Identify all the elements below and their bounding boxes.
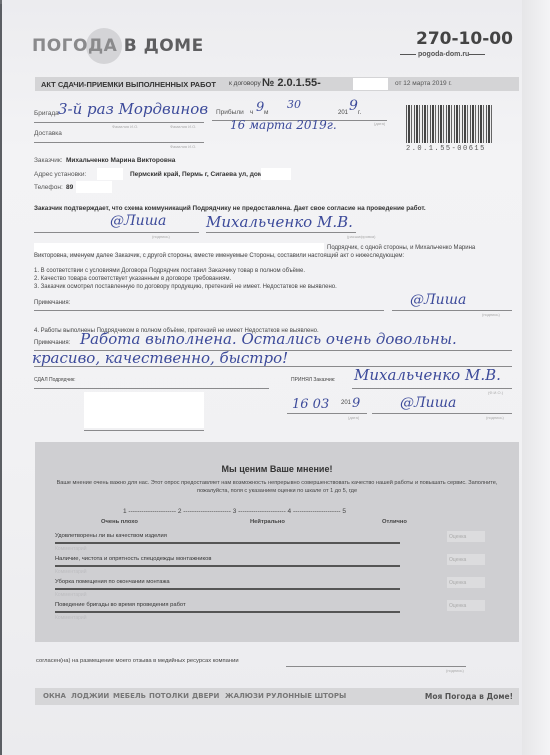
fio-hint: Фамилия И.О. bbox=[112, 124, 138, 129]
footer-link-ceilings[interactable]: ПОТОЛКИ bbox=[149, 692, 189, 700]
brigade-label: Бригада bbox=[34, 110, 59, 117]
notes-line bbox=[34, 310, 384, 311]
consent-signature-line bbox=[286, 666, 466, 667]
date-hint: (дата) bbox=[348, 415, 359, 420]
survey-title: Мы ценим Ваше мнение! bbox=[35, 464, 519, 474]
document-page: ПОГОДА В ДОМЕ 270-10-00 pogoda-dom.ru АК… bbox=[2, 0, 522, 755]
survey-question-2: Наличие, чистота и опрятность спецодежды… bbox=[55, 556, 211, 562]
survey-intro: Ваше мнение очень важно для нас. Этот оп… bbox=[55, 479, 499, 495]
fio-hint: Фамилия И.О. bbox=[170, 144, 196, 149]
barcode-number: 2.0.1.55-00615 bbox=[406, 145, 486, 153]
customer-signature: @Лиша bbox=[400, 395, 456, 411]
footer-link-roller-blinds[interactable]: РУЛОННЫЕ ШТОРЫ bbox=[266, 692, 346, 700]
signature-hint: (подпись) bbox=[486, 415, 504, 420]
consent-text: Заказчик подтверждает, что схема коммуни… bbox=[34, 205, 426, 212]
footer-link-doors[interactable]: ДВЕРИ bbox=[192, 692, 219, 700]
company-logo: ПОГОДА В ДОМЕ bbox=[32, 36, 204, 56]
contract-label: к договору bbox=[229, 80, 261, 87]
phone-label: Телефон: bbox=[34, 184, 63, 191]
signature-line bbox=[372, 413, 512, 414]
accepted-line bbox=[352, 388, 512, 389]
signature-hint: (подпись) bbox=[152, 234, 170, 239]
customer-name-handwritten: Михальченко М.В. bbox=[206, 213, 353, 231]
delivery-label: Доставка bbox=[34, 130, 62, 137]
company-phone: 270-10-00 bbox=[416, 29, 513, 49]
redacted-field bbox=[97, 168, 123, 180]
scale-mid-label: Нейтрально bbox=[250, 519, 285, 525]
redacted-field bbox=[261, 168, 291, 180]
name-line bbox=[206, 232, 356, 233]
footer-link-furniture[interactable]: МЕБЕЛЬ bbox=[113, 692, 146, 700]
contract-date: от 12 марта 2019 г. bbox=[395, 80, 452, 87]
act-item-2: 2. Качество товара соответствует указанн… bbox=[34, 276, 231, 282]
delivery-line bbox=[34, 142, 204, 143]
accepted-label: ПРИНЯЛ Заказчик: bbox=[291, 377, 335, 383]
rating-field-2[interactable]: Оценка bbox=[447, 554, 485, 565]
name-hint: (расшифровка) bbox=[347, 234, 375, 239]
customer-name: Михальченко Марина Викторовна bbox=[66, 157, 175, 164]
accepted-date: 16 03 bbox=[292, 397, 329, 412]
answer-line bbox=[55, 611, 400, 613]
phone-value: 89 bbox=[66, 184, 73, 191]
address-value: Пермский край, Пермь г, Сигаева ул, дом bbox=[130, 171, 263, 178]
fio-hint: (Ф.И.О.) bbox=[488, 390, 503, 395]
date-hint: (дата) bbox=[374, 121, 385, 126]
minute-prefix: м bbox=[264, 109, 268, 116]
redacted-field bbox=[84, 392, 204, 428]
publication-consent: согласен(на) на размещение моего отзыва … bbox=[36, 658, 239, 664]
answer-line bbox=[55, 565, 400, 567]
feedback-survey: Мы ценим Ваше мнение! Ваше мнение очень … bbox=[35, 442, 519, 642]
survey-question-4: Поведение бригады во время проведения ра… bbox=[55, 602, 186, 608]
customer-label: Заказчик: bbox=[34, 157, 63, 164]
redacted-field bbox=[353, 78, 388, 90]
act-title: АКТ СДАЧИ-ПРИЕМКИ ВЫПОЛНЕННЫХ РАБОТ bbox=[41, 80, 216, 89]
redacted-field bbox=[34, 243, 324, 253]
accepted-name: Михальченко М.В. bbox=[354, 366, 501, 384]
parties-text: Подрядчик, с одной стороны, и Михальченк… bbox=[327, 245, 475, 251]
footer-link-blinds[interactable]: ЖАЛЮЗИ bbox=[225, 692, 264, 700]
footer-link-windows[interactable]: ОКНА bbox=[43, 692, 66, 700]
arrived-minutes: 30 bbox=[287, 98, 301, 111]
fio-hint: Фамилия И.О. bbox=[170, 124, 196, 129]
footer-link-loggias[interactable]: ЛОДЖИИ bbox=[71, 692, 109, 700]
scan-background bbox=[522, 0, 550, 755]
logo-text-2: В ДОМЕ bbox=[124, 36, 204, 56]
logo-text-1: ПОГОДА bbox=[32, 36, 117, 56]
notes-label: Примечания: bbox=[34, 340, 70, 346]
rating-field-3[interactable]: Оценка bbox=[447, 577, 485, 588]
address-label: Адрес установки: bbox=[34, 171, 86, 178]
notes-handwritten-1: Работа выполнена. Остались очень довольн… bbox=[80, 330, 457, 348]
comment-field[interactable]: Комментарий bbox=[55, 569, 87, 575]
footer-slogan: Моя Погода в Доме! bbox=[425, 692, 513, 701]
year-prefix: 201 bbox=[338, 110, 348, 116]
year-suffix: 9 bbox=[349, 98, 358, 114]
answer-line bbox=[55, 588, 400, 590]
signature-line bbox=[34, 232, 199, 233]
survey-question-1: Удовлетворены ли вы качеством изделия bbox=[55, 533, 167, 539]
hour-prefix: ч bbox=[250, 109, 253, 116]
comment-field[interactable]: Комментарий bbox=[55, 615, 87, 621]
notes-handwritten-2: красиво, качественно, быстро! bbox=[32, 349, 288, 367]
act-item-1: 1. В соответствии с условиями Договора П… bbox=[34, 268, 305, 274]
act-item-3: 3. Заказчик осмотрел поставленную по дог… bbox=[34, 284, 337, 290]
parties-text: Викторовна, именуем далее Заказчик, с др… bbox=[34, 253, 404, 259]
rating-scale: 1 ---------------------- 2 -------------… bbox=[123, 508, 346, 515]
notes-label: Примечания: bbox=[34, 300, 70, 306]
scale-high-label: Отлично bbox=[382, 519, 407, 525]
customer-signature: @Лиша bbox=[110, 213, 166, 229]
brigade-value: 3-й раз Мордвинов bbox=[58, 100, 208, 118]
answer-line bbox=[55, 542, 400, 544]
signature-line bbox=[392, 310, 512, 311]
comment-field[interactable]: Комментарий bbox=[55, 592, 87, 598]
divider bbox=[469, 54, 485, 55]
handed-sign-line bbox=[84, 430, 204, 431]
rating-field-4[interactable]: Оценка bbox=[447, 600, 485, 611]
act-title-bar: АКТ СДАЧИ-ПРИЕМКИ ВЫПОЛНЕННЫХ РАБОТ к до… bbox=[35, 77, 519, 91]
year-suffix: 9 bbox=[352, 396, 360, 411]
barcode-image bbox=[406, 105, 492, 143]
signature-hint: (подпись) bbox=[482, 312, 500, 317]
date-line bbox=[287, 413, 367, 414]
redacted-field bbox=[76, 181, 112, 193]
year-unit: г. bbox=[358, 110, 361, 116]
handed-line bbox=[34, 388, 269, 389]
year-prefix: 201 bbox=[341, 400, 351, 406]
comment-field[interactable]: Комментарий bbox=[55, 546, 87, 552]
contract-number: № 2.0.1.55- bbox=[262, 77, 321, 89]
arrival-date: 16 марта 2019г. bbox=[230, 118, 337, 132]
brigade-line bbox=[34, 122, 204, 123]
divider bbox=[400, 54, 416, 55]
rating-field-1[interactable]: Оценка bbox=[447, 531, 485, 542]
signature-hint: (подпись) bbox=[446, 668, 464, 673]
scale-low-label: Очень плохо bbox=[101, 519, 138, 525]
customer-signature: @Лиша bbox=[410, 292, 466, 308]
survey-question-3: Уборка помещения по окончании монтажа bbox=[55, 579, 170, 585]
arrived-label: Прибыли bbox=[216, 109, 244, 116]
company-website: pogoda-dom.ru bbox=[418, 51, 469, 58]
handed-label: СДАЛ Подрядчик: bbox=[34, 377, 76, 383]
footer-nav-bar: ОКНА ЛОДЖИИ МЕБЕЛЬ ПОТОЛКИ ДВЕРИ ЖАЛЮЗИ … bbox=[35, 688, 519, 705]
